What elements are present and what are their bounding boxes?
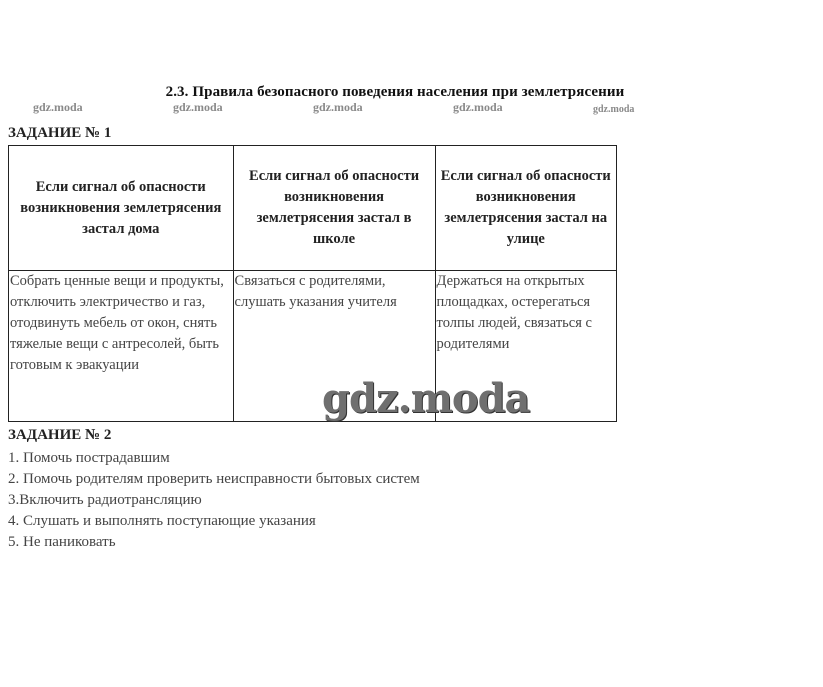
table-header-row: Если сигнал об опасности возникновения з… xyxy=(9,146,617,271)
list-item: 2. Помочь родителям проверить неисправно… xyxy=(8,469,420,490)
task-2-list: 1. Помочь пострадавшим 2. Помочь родител… xyxy=(8,448,420,553)
list-item: 3.Включить радиотрансляцию xyxy=(8,490,420,511)
list-item: 1. Помочь пострадавшим xyxy=(8,448,420,469)
watermark-small: gdz.moda xyxy=(313,100,363,115)
watermark-small: gdz.moda xyxy=(453,100,503,115)
task-1-heading: ЗАДАНИЕ № 1 xyxy=(8,125,111,142)
page-title: 2.3. Правила безопасного поведения насел… xyxy=(0,84,790,101)
task-2-heading: ЗАДАНИЕ № 2 xyxy=(8,427,111,444)
list-item: 5. Не паниковать xyxy=(8,532,420,553)
cell-at-home: Собрать ценные вещи и продукты, отключит… xyxy=(9,271,234,422)
watermark-large: gdz.moda xyxy=(322,375,529,423)
watermark-small: gdz.moda xyxy=(33,100,83,115)
header-on-street: Если сигнал об опасности возникновения з… xyxy=(435,146,616,271)
header-at-home: Если сигнал об опасности возникновения з… xyxy=(9,146,234,271)
watermark-small: gdz.moda xyxy=(173,100,223,115)
header-at-school: Если сигнал об опасности возникновения з… xyxy=(233,146,435,271)
list-item: 4. Слушать и выполнять поступающие указа… xyxy=(8,511,420,532)
watermark-small: gdz.moda xyxy=(593,104,634,115)
